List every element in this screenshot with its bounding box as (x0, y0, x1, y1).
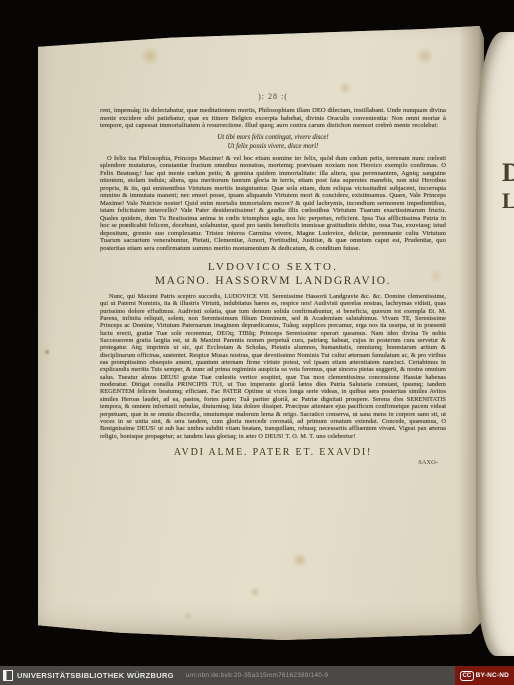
adjacent-page-letter-fragment: L (502, 188, 514, 214)
license-type-label: BY-NC-ND (476, 672, 509, 679)
closing-invocation: AVDI ALME. PATER ET. EXAVDI! (100, 447, 446, 458)
dedication-heading-line-1: LVDOVICO SEXTO. (100, 261, 446, 273)
footer-bar: UNIVERSITÄTSBIBLIOTHEK WÜRZBURG urn:nbn:… (0, 666, 514, 685)
page-number: ): 28 :( (100, 92, 446, 101)
paragraph-opening: rent, impensáq; iis delectabatur, quæ me… (100, 107, 446, 130)
urn-identifier: urn:nbn:de:bvb:20-35a315mm76162389/140-9 (186, 672, 328, 679)
adjacent-page-edge: D L (476, 32, 514, 656)
catchword: SAXO- (100, 459, 446, 466)
library-branding: UNIVERSITÄTSBIBLIOTHEK WÜRZBURG (0, 670, 174, 681)
paragraph-farewell: O felix tua Philosophia, Princeps Maxime… (100, 155, 446, 253)
cc-license-badge: CC BY-NC-ND (455, 666, 514, 685)
adjacent-page-letter-fragment: D (502, 160, 514, 186)
dedication-heading-line-2: MAGNO. HASSORVM LANDGRAVIO. (100, 275, 446, 287)
digitized-scan-view: ): 28 :( rent, impensáq; iis delectabatu… (0, 0, 514, 685)
book-page: ): 28 :( rent, impensáq; iis delectabatu… (38, 26, 484, 640)
cc-logo-icon: CC (460, 671, 474, 681)
library-logo-icon (3, 670, 13, 681)
verse-line-2: Ut felix possis vivere, disce mori! (100, 142, 446, 151)
library-name: UNIVERSITÄTSBIBLIOTHEK WÜRZBURG (17, 671, 174, 680)
verse-line-1: Ut tibi mors felix contingat, vivere dis… (100, 133, 446, 142)
paragraph-dedication: Nunc, qui Maximi Patris sceptro succedis… (100, 293, 446, 440)
